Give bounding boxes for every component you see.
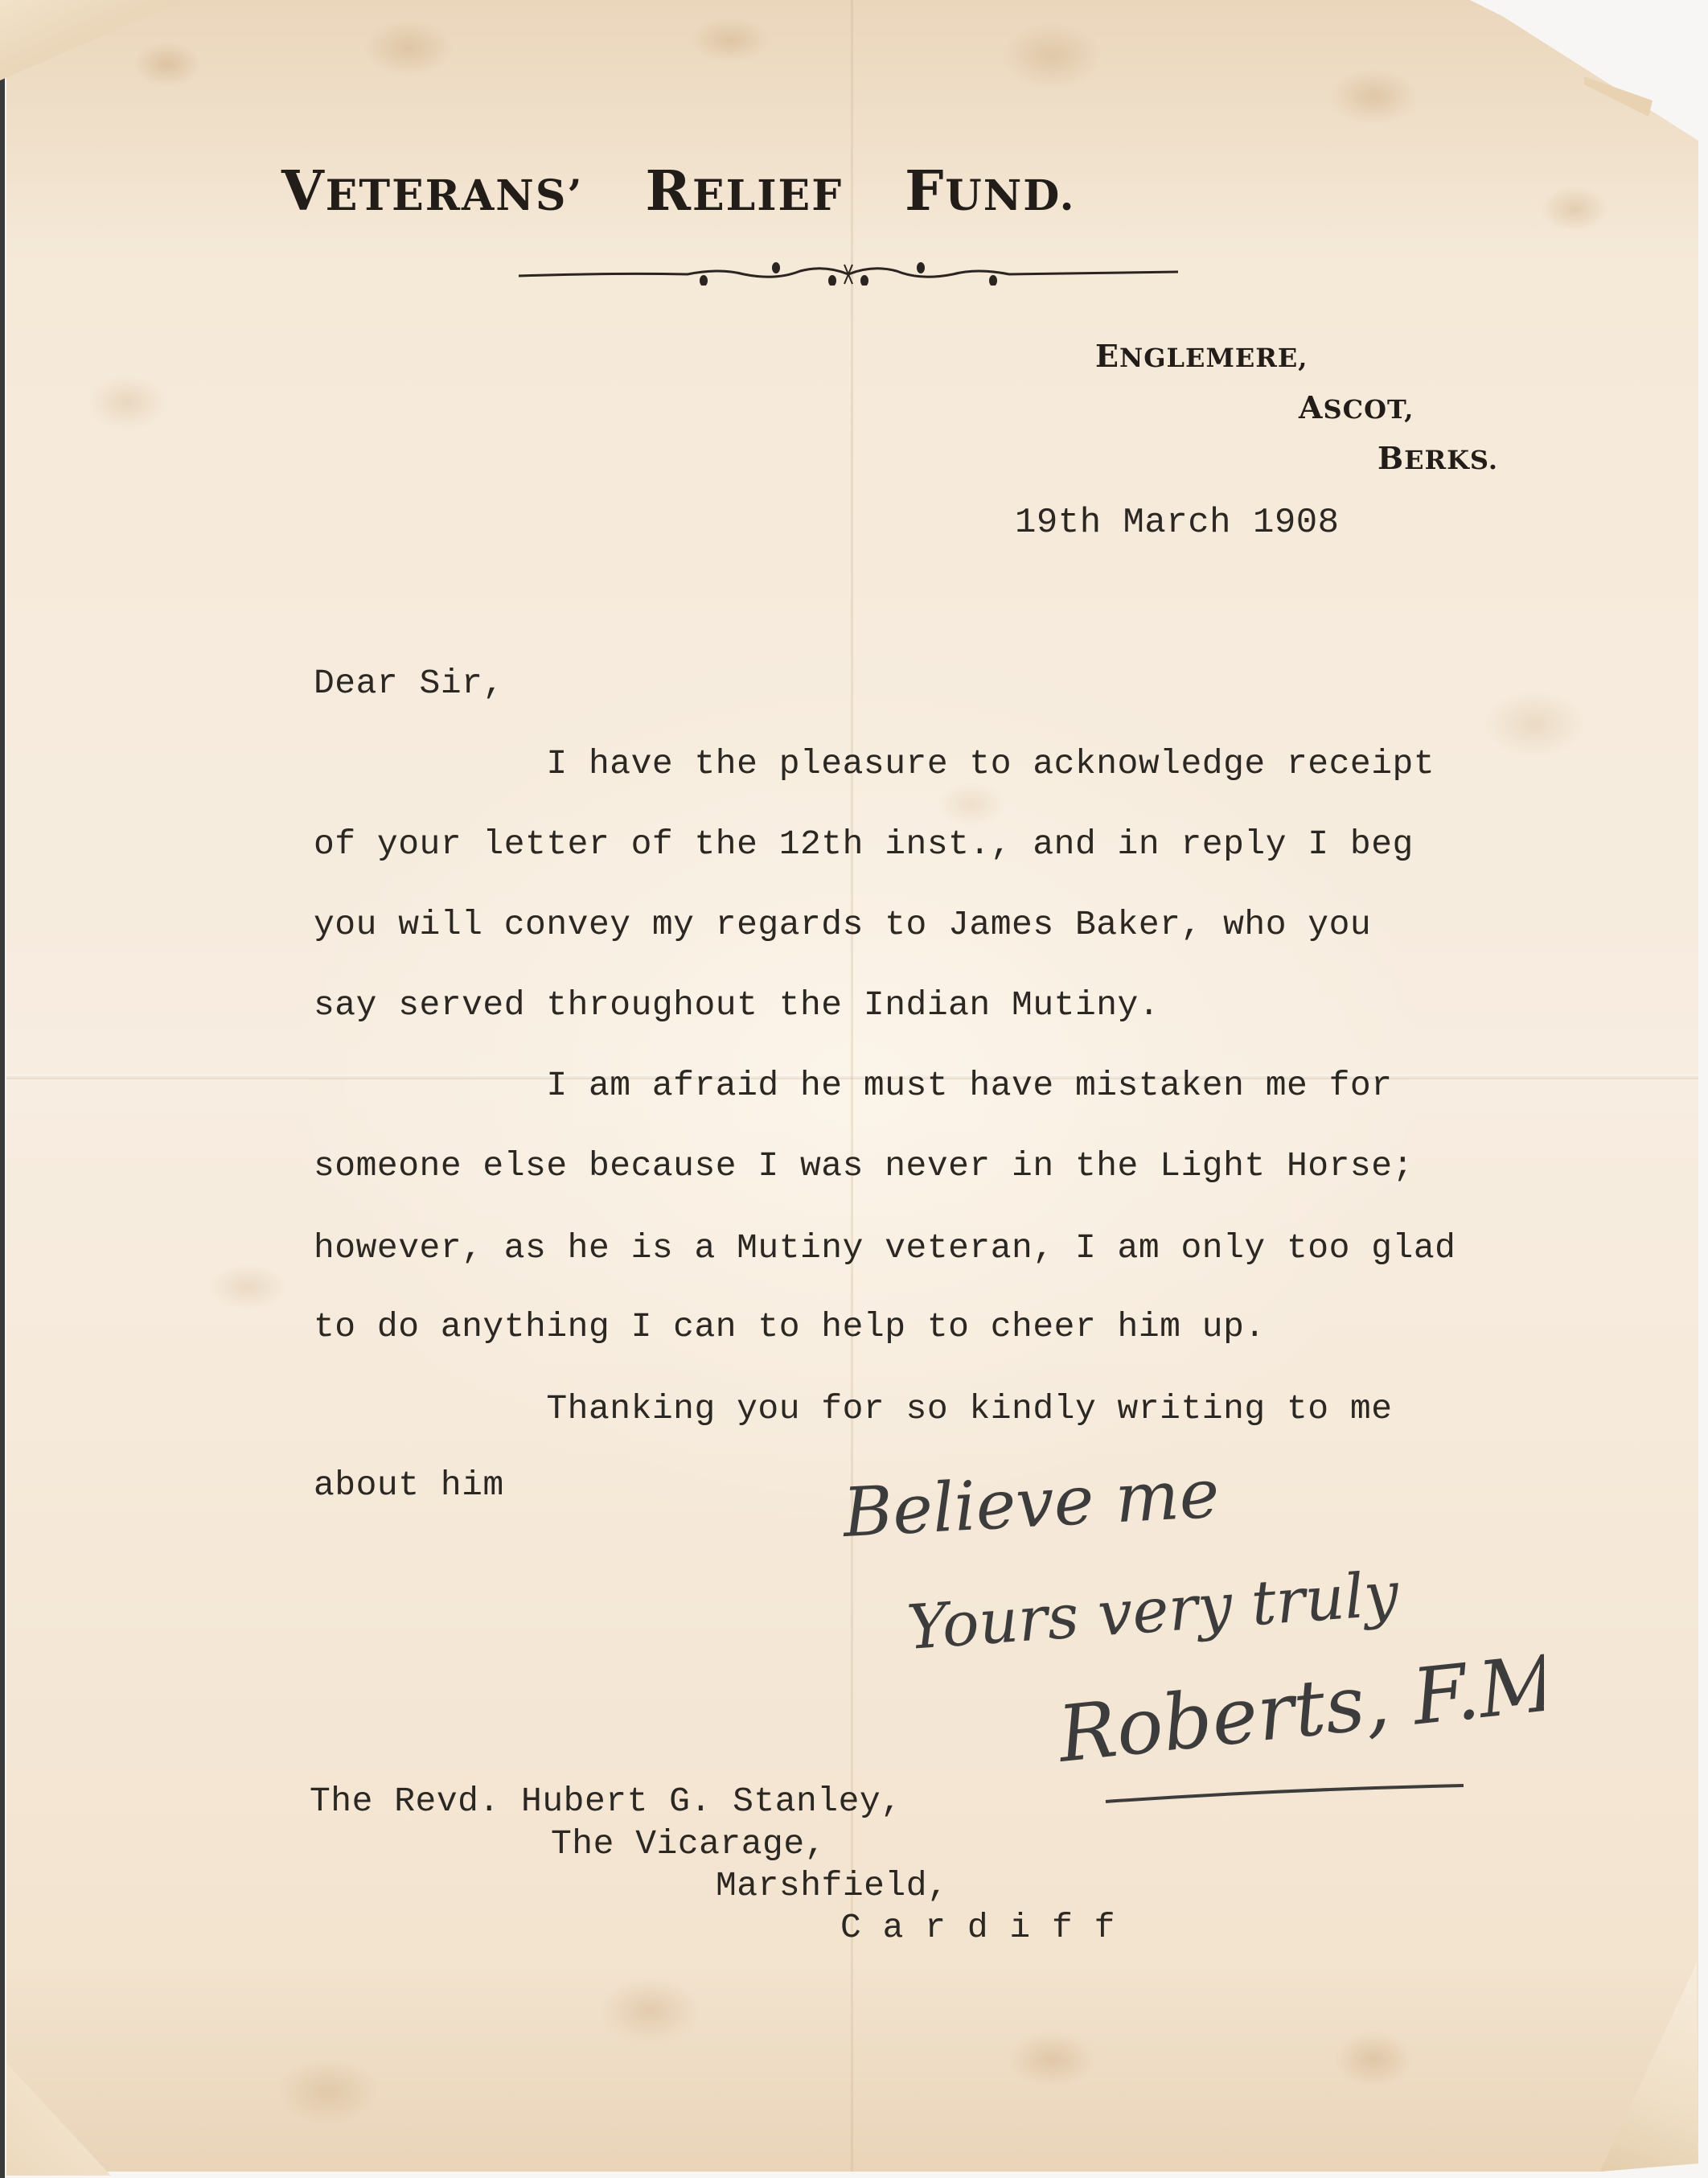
handwritten-signature: Believe me Yours very truly Roberts, F.M… xyxy=(836,1472,1544,1818)
word-rest: NGLEMERE, xyxy=(1119,343,1308,373)
body-line-1: I have the pleasure to acknowledge recei… xyxy=(314,744,1435,783)
body-line-9: Thanking you for so kindly writing to me xyxy=(314,1389,1393,1428)
word-rest: ELIEF xyxy=(692,171,843,220)
recipient-address-line-1: The Vicarage, xyxy=(551,1824,826,1864)
word-rest: ETERANS’ xyxy=(326,171,584,220)
signature-name: Roberts, F.M. xyxy=(1053,1635,1544,1780)
ornamental-divider-icon xyxy=(519,261,1178,286)
letterhead-address-line-3: BERKS. xyxy=(1377,440,1498,476)
body-line-6: someone else because I was never in the … xyxy=(314,1146,1414,1186)
letterhead-address-line-1: ENGLEMERE, xyxy=(1095,338,1308,374)
body-line-5: I am afraid he must have mistaken me for xyxy=(314,1066,1393,1105)
body-line-10: about him xyxy=(314,1465,504,1505)
salutation: Dear Sir, xyxy=(314,664,504,703)
recipient-address-line-3: C a r d i f f xyxy=(840,1908,1115,1947)
closing-believe-me: Believe me xyxy=(840,1472,1221,1552)
letterhead-organization-name: VETERANS’ RELIEF FUND. xyxy=(281,159,1407,224)
recipient-address-line-2: Marshfield, xyxy=(716,1866,948,1905)
initial: F xyxy=(905,159,945,224)
body-line-4: say served throughout the Indian Mutiny. xyxy=(314,985,1160,1025)
initial: B xyxy=(1377,440,1404,476)
recipient-name: The Revd. Hubert G. Stanley, xyxy=(310,1781,902,1821)
body-line-7: however, as he is a Mutiny veteran, I am… xyxy=(314,1228,1455,1268)
body-line-2: of your letter of the 12th inst., and in… xyxy=(314,824,1414,864)
scanned-letter: VETERANS’ RELIEF FUND. ENGLEMERE, ASCOT,… xyxy=(0,0,1708,2178)
letterhead-address-line-2: ASCOT, xyxy=(1299,389,1414,425)
body-line-8: to do anything I can to help to cheer hi… xyxy=(314,1307,1266,1346)
initial: V xyxy=(281,159,326,224)
word-rest: SCOT, xyxy=(1323,394,1414,425)
word-rest: UND. xyxy=(945,171,1075,220)
letter-date: 19th March 1908 xyxy=(1015,503,1340,543)
scan-edge xyxy=(0,0,5,2178)
initial: A xyxy=(1299,389,1323,425)
initial: R xyxy=(646,159,693,224)
word-rest: ERKS. xyxy=(1404,445,1498,475)
initial: E xyxy=(1095,338,1119,374)
body-line-3: you will convey my regards to James Bake… xyxy=(314,905,1371,944)
closing-yours-very-truly: Yours very truly xyxy=(905,1557,1402,1663)
